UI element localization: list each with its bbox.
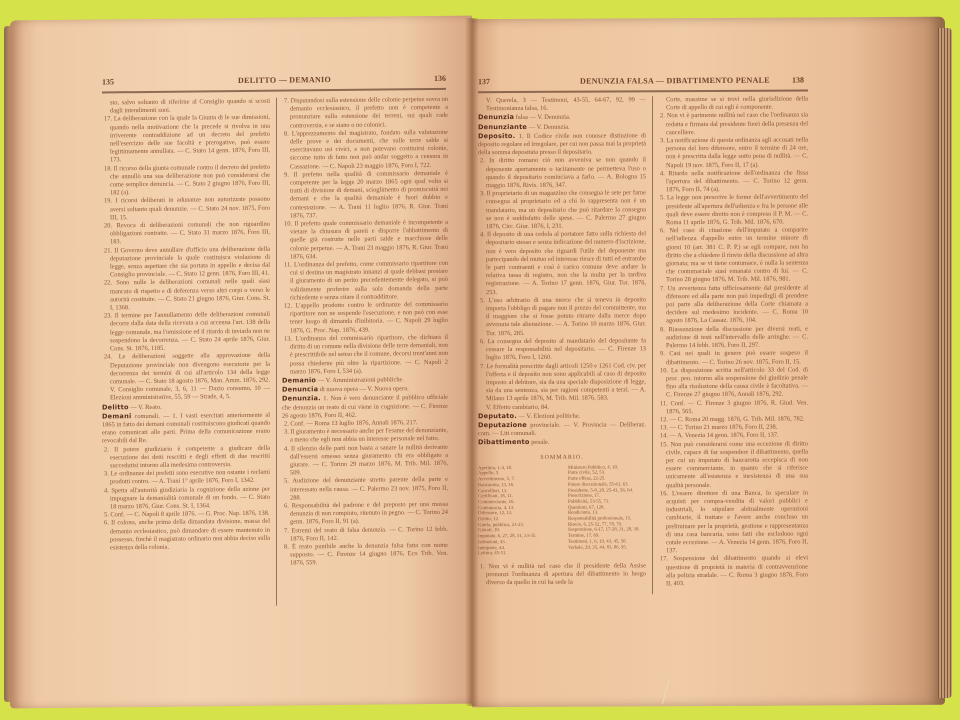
lemma-text: — V. Denunzia.	[527, 123, 570, 130]
numbered-entry: 12. L'appello prodotto contro le ordinan…	[282, 301, 448, 336]
lemma-text: di nuova opera — V. Nuova opera.	[318, 385, 408, 393]
column-a-entries-after: 1. Non vi è nullità nel caso che il pres…	[478, 562, 646, 587]
numbered-entry: 3. Il giuramento è necessario anche per …	[282, 427, 448, 445]
numbered-entry: 10. La disposizione scritta nell'articol…	[658, 366, 808, 400]
numbered-entry: 3. La notificazione di questa ordinanza …	[658, 136, 808, 170]
lemma-headword: Demani	[102, 412, 131, 420]
column-divider	[276, 98, 277, 606]
lemma-headword: Demanio	[282, 376, 316, 384]
numbered-entry: 9. Casi nei quali in genere può essere s…	[658, 350, 808, 367]
sommario-title: SOMMARIO.	[478, 453, 646, 462]
book-spine	[465, 18, 479, 706]
lemma-headword: Dibattimento	[478, 438, 530, 446]
open-book: 135 DELITTO — DEMANIO 136 sto, salvo sol…	[10, 18, 945, 706]
cross-reference: Corte, massime se si trovi nella giurisd…	[658, 95, 808, 112]
numbered-entry: 7. Le formalità prescritte dagli articol…	[478, 362, 646, 404]
sommario-item: Verbale, 29, 35, 44, 83, 86, 95.	[568, 545, 646, 551]
sommario-index: Apertura, 1-4, 10.Appello, 5.Avvertiment…	[478, 465, 646, 557]
lemma-headword: Deputazione	[478, 421, 527, 429]
numbered-entry: 7. Un avvertenza fatta ufficiosamente da…	[658, 284, 808, 326]
sommario-left-column: Apertura, 1-4, 10.Appello, 5.Avvertiment…	[478, 466, 556, 558]
running-head-left: DELITTO — DEMANIO	[238, 75, 331, 85]
numbered-entry: 4. Il deposito di una cedola al portator…	[478, 231, 646, 298]
numbered-entry: 6. Il colono, anche prima della dimandat…	[102, 518, 270, 553]
lemma-entry: Deposito. 1. Il Codice civile non conosc…	[478, 131, 646, 157]
numbered-entry: 23. Il termine per l'annullamento delle …	[102, 311, 270, 354]
sommario-right-column: Ministero Pubblico, 4, 10.Parte civile, …	[568, 465, 646, 557]
lemma-headword: Denunzia	[478, 113, 514, 121]
running-head-right: DENUNZIA FALSA — DIBATTIMENTO PENALE	[580, 76, 770, 86]
right-page: 137 DENUNZIA FALSA — DIBATTIMENTO PENALE…	[472, 17, 945, 707]
lemma-entry: Deputazione provinciale. — V. Provincia …	[478, 420, 646, 438]
numbered-entry: 4. Spetta all'autorità giudiziaria la co…	[102, 485, 270, 511]
column-a-entries: V. Querela, 3 — Testimoni, 43-55, 64-67,…	[478, 96, 646, 447]
numbered-entry: 5. Audizione del denunziante stretto par…	[282, 476, 448, 502]
text-column-b: 7. Disputandosi sulla estensione delle c…	[282, 96, 448, 568]
text-column-a: sto, salvo soltanto di riferirne al Cons…	[102, 98, 270, 553]
numbered-entry: 4. Il silenzio delle parti non basta a s…	[282, 443, 448, 478]
numbered-entry: 8. L'apprezzamento del magistrato, fonda…	[282, 129, 448, 172]
sommario-item: Lettura, 45-51.	[478, 551, 556, 557]
lemma-headword: Deposito.	[478, 132, 515, 140]
numbered-entry: 11. Conf. — C. Firenze 3 giugno 1876, R.…	[658, 399, 808, 416]
numbered-entry: 6. Nel caso di citazione dell'imputato a…	[658, 227, 808, 285]
lemma-text: — V. Reato.	[129, 403, 162, 410]
numbered-entry: 5. L'uso arbitrario di una merce che si …	[478, 296, 646, 338]
lemma-headword: Denunzia.	[282, 394, 321, 402]
numbered-entry: 16. L'essere direttore di una Banca, lo …	[658, 489, 808, 555]
lemma-text: penale.	[530, 439, 550, 446]
numbered-entry: 7. Estremi del reato di falsa denunzia. …	[282, 525, 448, 543]
lemma-entry: Dibattimento penale.	[478, 438, 646, 448]
header-rule	[478, 89, 808, 93]
column-number-right: 136	[434, 74, 446, 83]
numbered-entry: 15. Non può considerarsi come una eccezi…	[658, 440, 808, 490]
numbered-entry: 2. In diritto romano ciò non avveniva se…	[478, 157, 646, 191]
lemma-headword: Denuncia	[282, 385, 318, 393]
lemma-text: — V. Elezioni politiche.	[517, 412, 580, 419]
column-divider	[652, 96, 653, 594]
numbered-entry: 4. Ritardo nella notificazione dell'ordi…	[658, 169, 808, 194]
numbered-entry: 6. La consegna del deposito al mandatari…	[478, 337, 646, 362]
left-page: 135 DELITTO — DEMANIO 136 sto, salvo sol…	[10, 16, 472, 709]
numbered-entry: 1. Non vi è nullità nel caso che il pres…	[478, 562, 646, 587]
lemma-entry: Denunzia. 1. Non è vero denunciante il p…	[282, 393, 448, 420]
numbered-entry: 21. Il Governo deve annullare d'ufficio …	[102, 245, 270, 280]
numbered-entry: 5. La legge non prescrive le forme dell'…	[658, 194, 808, 228]
cross-reference: V. Consiglio comunale, 3, 6, 11 — Dazio …	[102, 385, 270, 403]
lemma-entry: Demani comunali. — 1. I vasti esercitati…	[102, 410, 270, 446]
lemma-text: — V. Amministrazioni pubbliche.	[316, 376, 404, 384]
numbered-entry: 8. È reato punibile anche la denunzia fa…	[282, 542, 448, 568]
numbered-entry: 18. Il ricorso della giunta comunale con…	[102, 163, 270, 198]
page-block-edge-right	[938, 28, 952, 698]
numbered-entry: 6. Responsabilità del padrone e del prep…	[282, 501, 448, 527]
numbered-entry: 11. L'ordinanza del prefetto, come commi…	[282, 260, 448, 303]
text-column-a: V. Querela, 3 — Testimoni, 43-55, 64-67,…	[478, 96, 646, 587]
numbered-entry: 19. I ricorsi deliberati in adunanze non…	[102, 196, 270, 222]
numbered-entry: 10. Il prefetto quale commissario demani…	[282, 219, 448, 262]
cross-reference: sto, salvo soltanto di riferirne al Cons…	[102, 98, 270, 116]
numbered-entry: 24. Le deliberazioni soggette alla appro…	[102, 352, 270, 387]
numbered-entry: 9. Il prefetto nella qualità di commissa…	[282, 170, 448, 221]
header-rule	[102, 88, 446, 94]
cross-reference: V. Querela, 3 — Testimoni, 43-55, 64-67,…	[478, 96, 646, 113]
lemma-headword: Delitto	[102, 403, 129, 411]
text-column-b: Corte, massime se si trovi nella giurisd…	[658, 95, 808, 588]
numbered-entry: 8. Riassunzione della discussione per di…	[658, 325, 808, 350]
lemma-headword: Denunziante	[478, 123, 527, 131]
numbered-entry: 3. Il proprietario di un magazzino che c…	[478, 190, 646, 232]
numbered-entry: 2. Il potere giudiziario è competente a …	[102, 444, 270, 470]
lemma-headword: Deputato.	[478, 412, 517, 420]
numbered-entry: 17. La deliberazione con la quale la Giu…	[102, 114, 270, 165]
numbered-entry: 20. Revoca di deliberazioni comunali che…	[102, 221, 270, 247]
numbered-entry: 7. Disputandosi sulla estensione delle c…	[282, 96, 448, 131]
numbered-entry: 3. Le ordinanze dei prefetti sono esecut…	[102, 469, 270, 487]
lemma-text: falsa — V. Denunzia.	[514, 114, 570, 121]
column-number-left: 137	[478, 77, 490, 86]
column-number-left: 135	[102, 77, 114, 86]
column-number-right: 138	[792, 75, 804, 84]
numbered-entry: 22. Sono nulle le deliberazioni comunali…	[102, 278, 270, 313]
numbered-entry: 2. Non vi è parimente nullità nel caso c…	[658, 112, 808, 137]
numbered-entry: 17. Sospensione del dibattimento quando …	[658, 555, 808, 589]
numbered-entry: 13. L'ordinanza del commissario ripartit…	[282, 334, 448, 377]
